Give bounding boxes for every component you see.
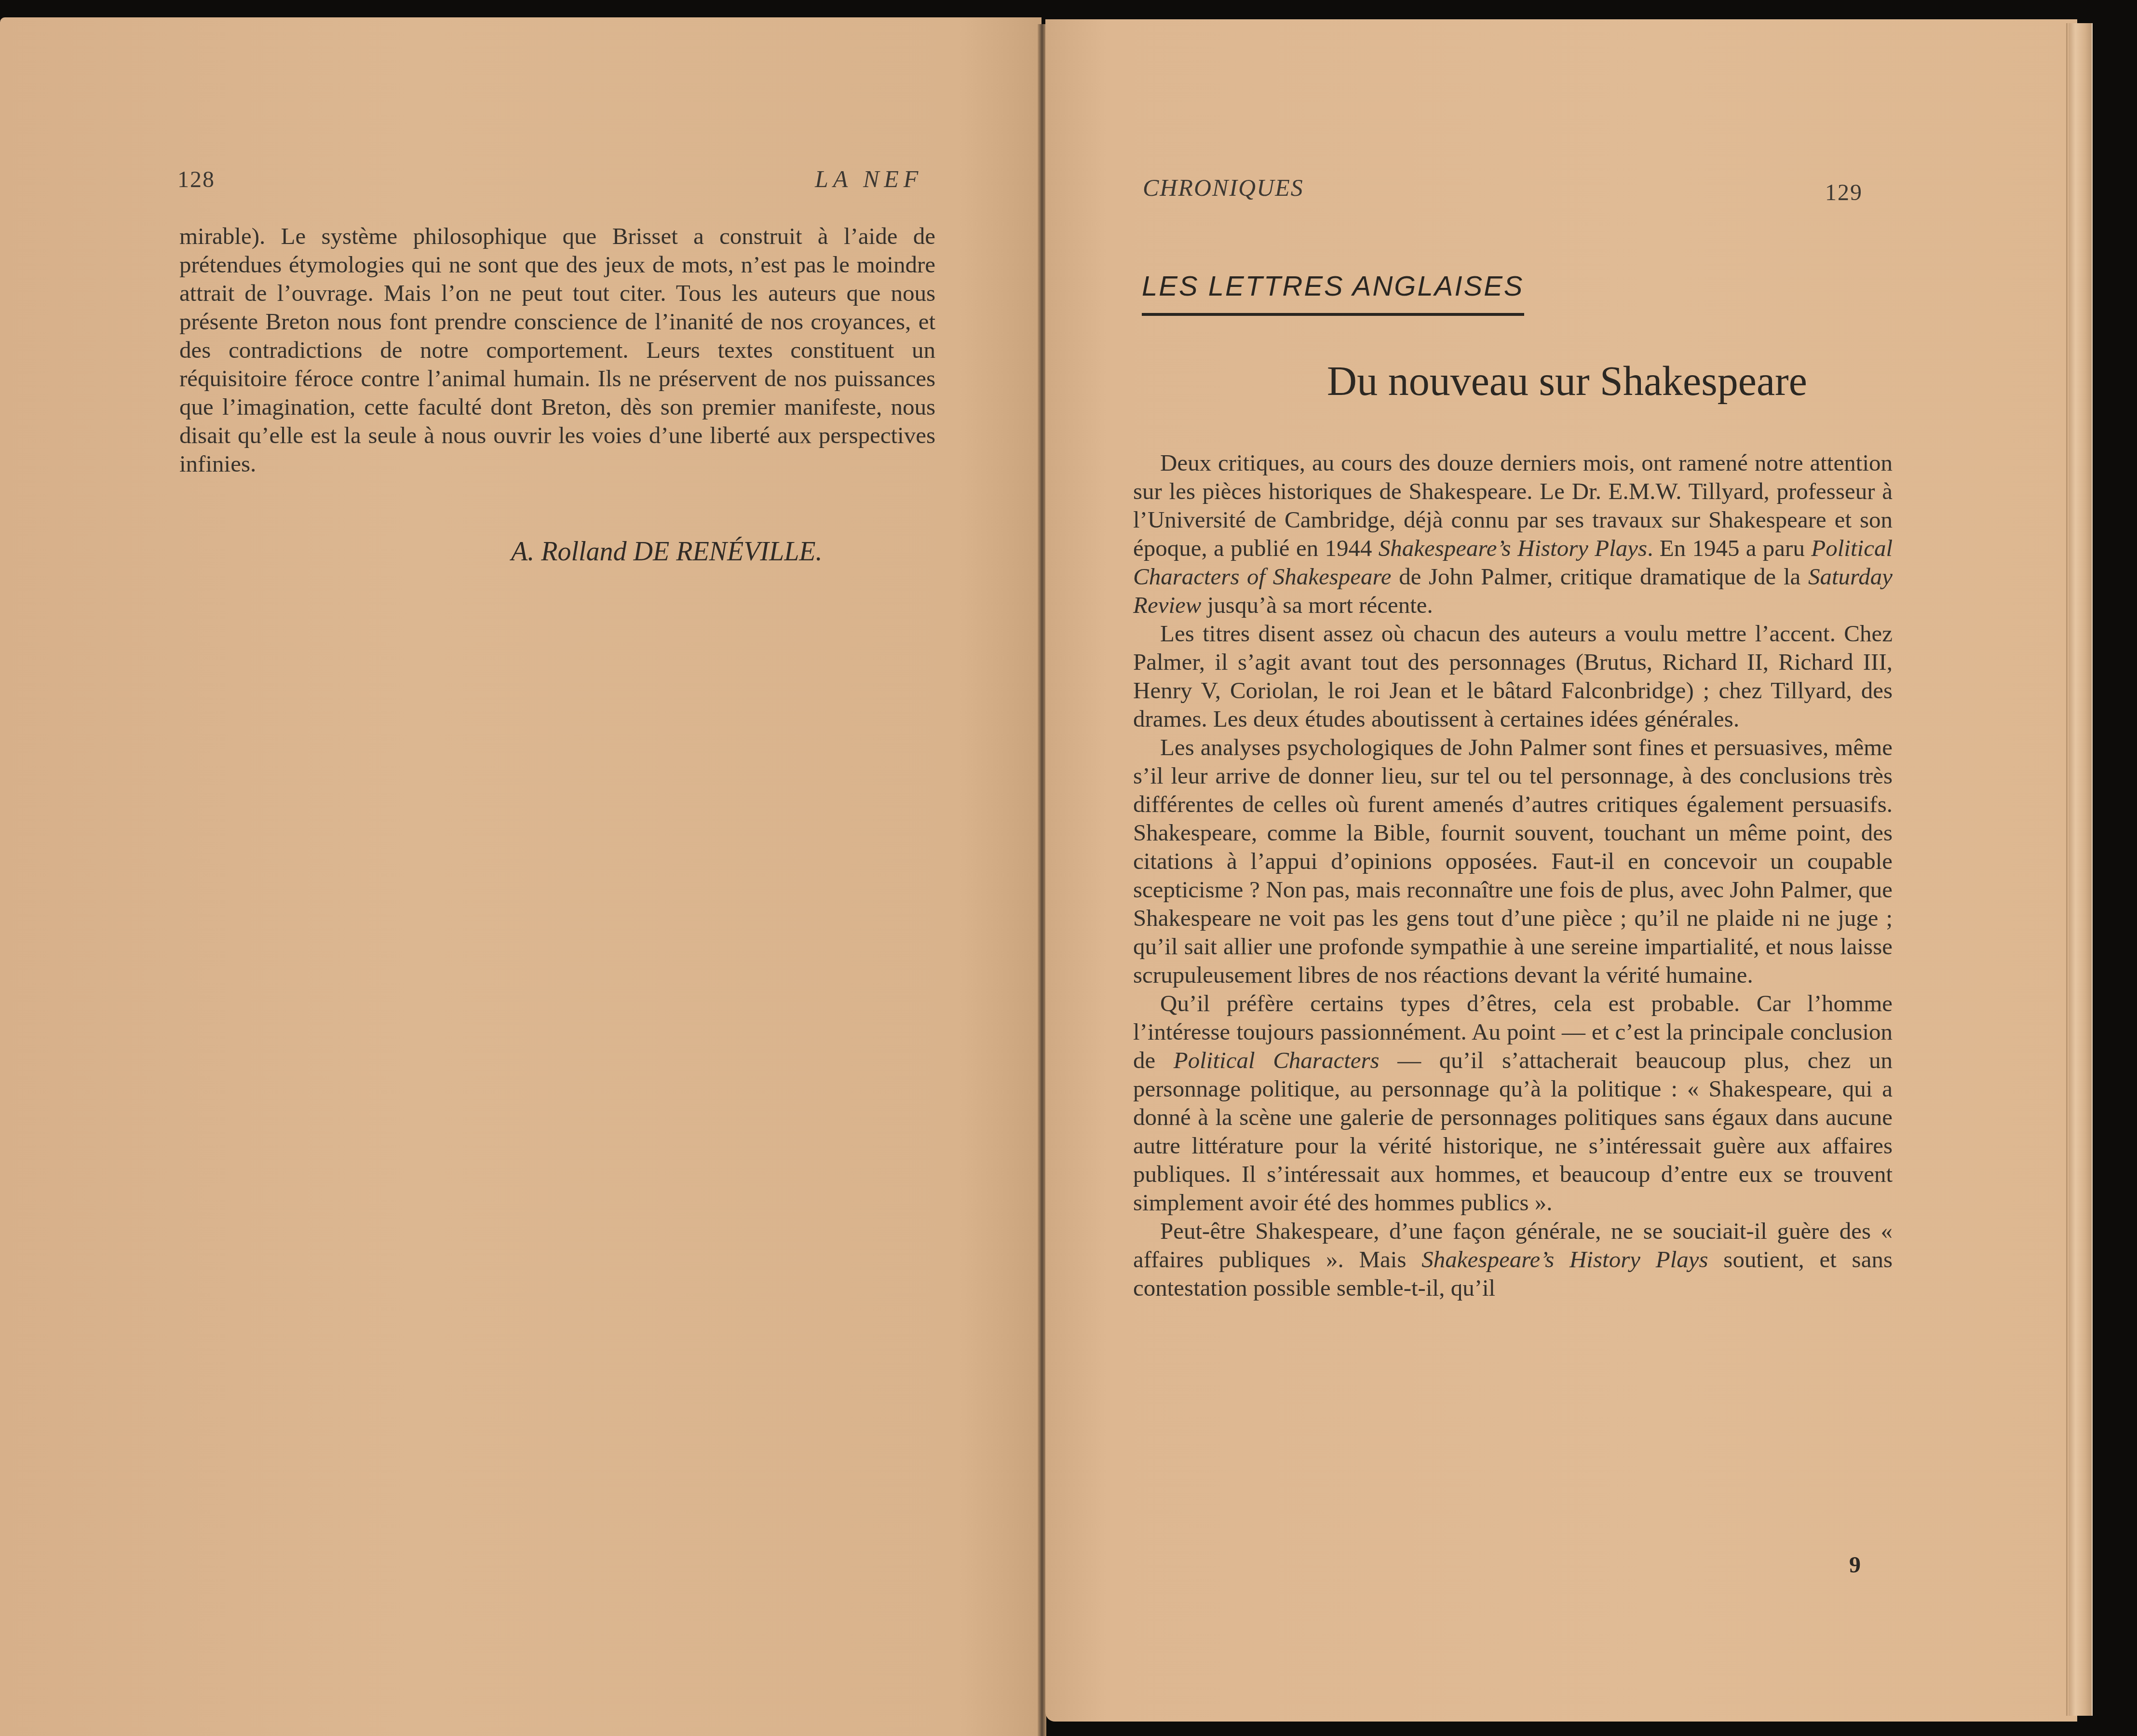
- author-signature: A. Rolland DE RENÉVILLE.: [511, 536, 823, 567]
- right-paragraph: Peut-être Shakespeare, d’une façon génér…: [1133, 1217, 1893, 1302]
- left-paragraph: mirable). Le système philosophique que B…: [179, 222, 935, 478]
- right-folio: 129: [1825, 179, 1863, 206]
- right-running-head: CHRONIQUES: [1143, 174, 1304, 202]
- right-paragraph: Les analyses psychologiques de John Palm…: [1133, 733, 1893, 989]
- left-folio: 128: [177, 166, 215, 193]
- right-paragraph: Deux critiques, au cours des douze derni…: [1133, 448, 1893, 619]
- italic-title-text: Political Characters: [1174, 1047, 1380, 1073]
- text-run: Les titres disent assez où chacun des au…: [1133, 620, 1893, 732]
- article-title: Du nouveau sur Shakespeare: [1109, 357, 2025, 405]
- signature-mark: 9: [1849, 1552, 1861, 1578]
- left-body-text: mirable). Le système philosophique que B…: [179, 222, 935, 478]
- text-run: de John Palmer, critique dramatique de l…: [1392, 563, 1808, 590]
- page-edge-stack: [2069, 23, 2093, 1716]
- right-paragraph: Qu’il préfère certains types d’êtres, ce…: [1133, 989, 1893, 1217]
- text-run: jusqu’à sa mort récente.: [1201, 592, 1433, 618]
- right-body-text: Deux critiques, au cours des douze derni…: [1133, 448, 1893, 1302]
- right-paragraph: Les titres disent assez où chacun des au…: [1133, 619, 1893, 733]
- italic-title-text: Shakespeare’s History Plays: [1421, 1246, 1708, 1273]
- text-run: . En 1945 a paru: [1647, 535, 1811, 561]
- page-fold-line: [2066, 23, 2068, 1716]
- left-running-head: LA NEF: [815, 165, 923, 193]
- italic-title-text: Shakespeare’s History Plays: [1379, 535, 1647, 561]
- section-heading: LES LETTRES ANGLAISES: [1142, 270, 1524, 316]
- text-run: Les analyses psychologiques de John Palm…: [1133, 734, 1893, 988]
